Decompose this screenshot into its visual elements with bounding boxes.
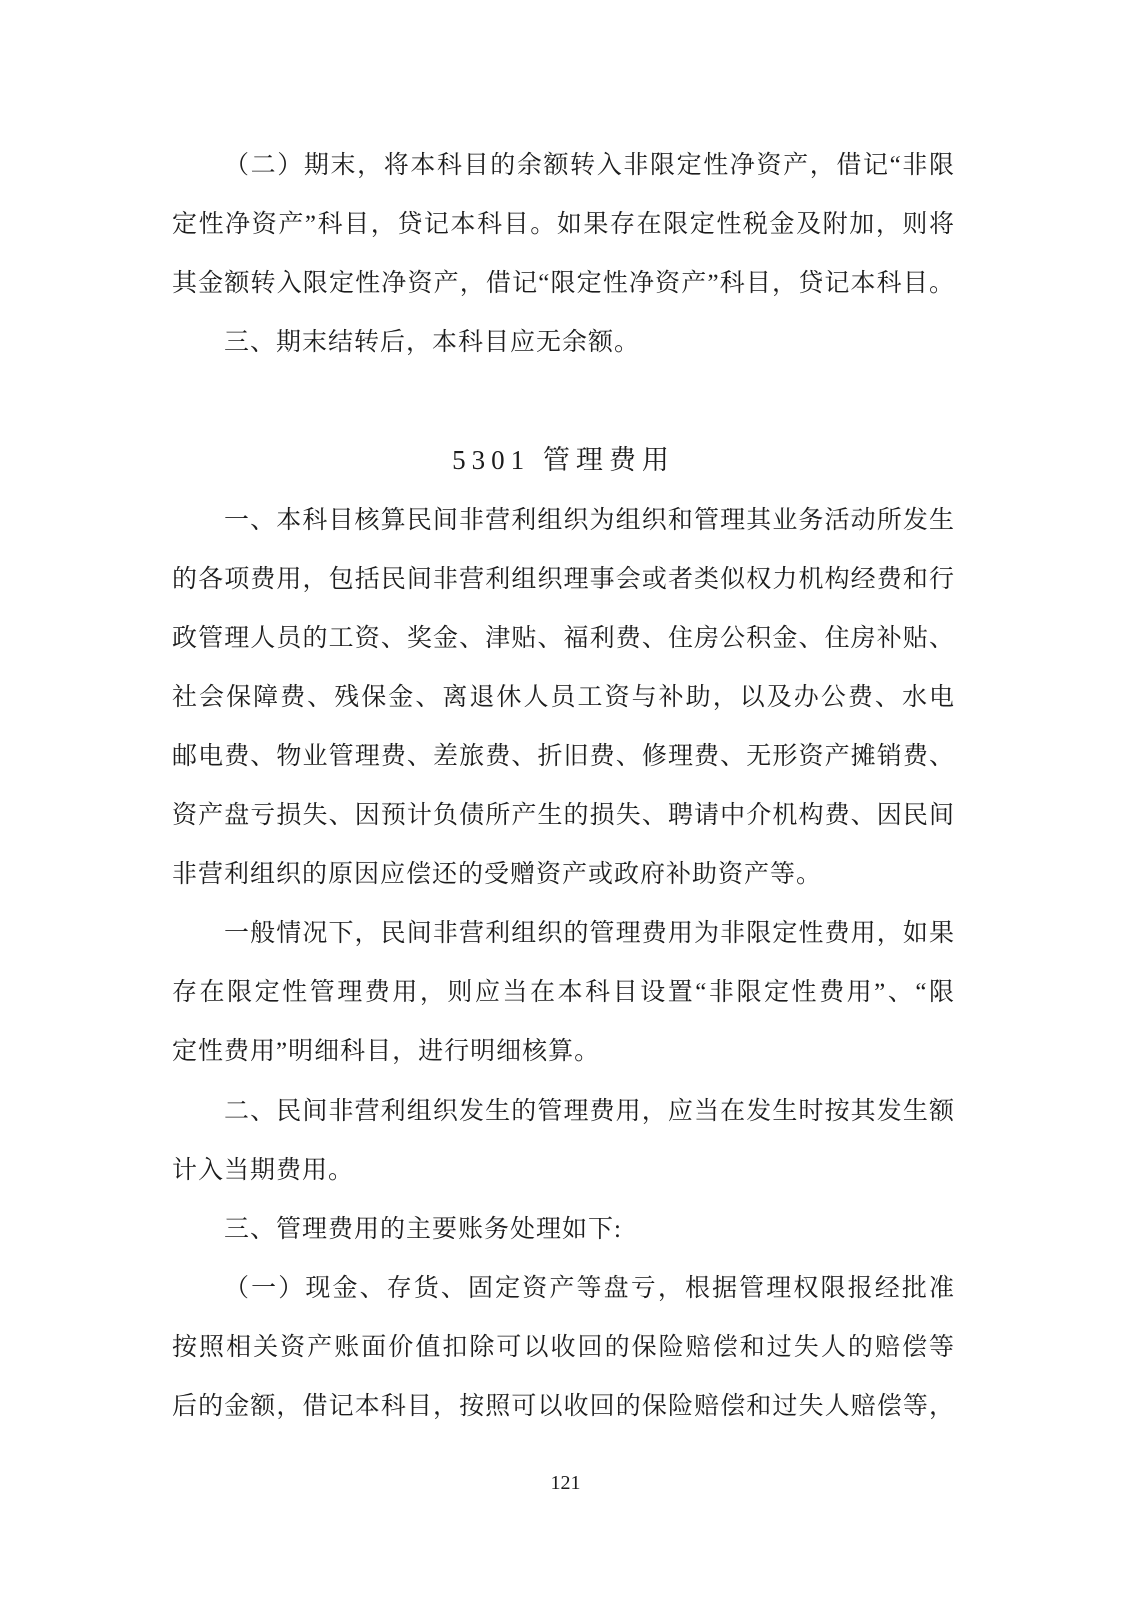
text-line: 后的金额，借记本科目，按照可以收回的保险赔偿和过失人赔偿等， [172,1377,955,1436]
blank-line [172,372,955,431]
text-line: 定性费用”明细科目，进行明细核算。 [172,1022,955,1081]
text-line: （二）期末，将本科目的余额转入非限定性净资产，借记“非限 [172,136,955,195]
section-heading: 5301 管理费用 [172,431,955,490]
document-page: （二）期末，将本科目的余额转入非限定性净资产，借记“非限 定性净资产”科目，贷记… [0,0,1131,1600]
text-line: 非营利组织的原因应偿还的受赠资产或政府补助资产等。 [172,845,955,904]
text-line: 三、期末结转后，本科目应无余额。 [172,313,955,372]
text-line: 按照相关资产账面价值扣除可以收回的保险赔偿和过失人的赔偿等 [172,1318,955,1377]
text-line: 计入当期费用。 [172,1141,955,1200]
text-line: 邮电费、物业管理费、差旅费、折旧费、修理费、无形资产摊销费、 [172,727,955,786]
text-line: 社会保障费、残保金、离退休人员工资与补助，以及办公费、水电费、 [172,668,955,727]
text-line: 政管理人员的工资、奖金、津贴、福利费、住房公积金、住房补贴、 [172,609,955,668]
text-line: 一般情况下，民间非营利组织的管理费用为非限定性费用，如果 [172,904,955,963]
text-line: 定性净资产”科目，贷记本科目。如果存在限定性税金及附加，则将 [172,195,955,254]
text-line: 二、民间非营利组织发生的管理费用，应当在发生时按其发生额 [172,1082,955,1141]
text-line: 存在限定性管理费用，则应当在本科目设置“非限定性费用”、“限 [172,963,955,1022]
text-line: 三、管理费用的主要账务处理如下: [172,1200,955,1259]
text-line: （一）现金、存货、固定资产等盘亏，根据管理权限报经批准后， [172,1259,955,1318]
page-body-text: （二）期末，将本科目的余额转入非限定性净资产，借记“非限 定性净资产”科目，贷记… [172,136,955,1436]
text-line: 一、本科目核算民间非营利组织为组织和管理其业务活动所发生 [172,491,955,550]
text-line: 其金额转入限定性净资产，借记“限定性净资产”科目，贷记本科目。 [172,254,955,313]
page-number: 121 [0,1472,1131,1495]
text-line: 的各项费用，包括民间非营利组织理事会或者类似权力机构经费和行 [172,550,955,609]
text-line: 资产盘亏损失、因预计负债所产生的损失、聘请中介机构费、因民间 [172,786,955,845]
